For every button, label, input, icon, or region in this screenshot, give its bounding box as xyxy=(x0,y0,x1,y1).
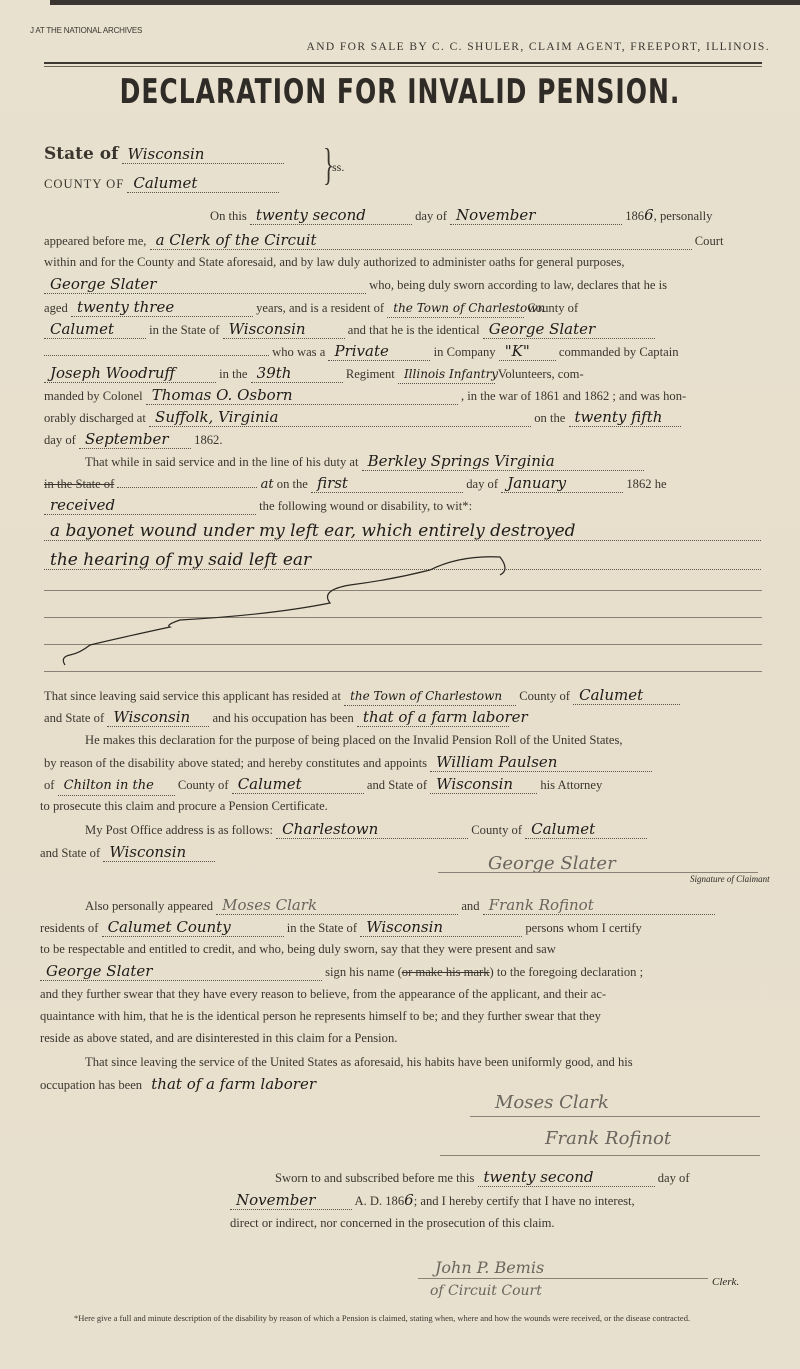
appoints-line: by reason of the disability above stated… xyxy=(44,753,652,772)
county-label: COUNTY OF xyxy=(44,177,124,191)
habits-occupation-line: occupation has been that of a farm labor… xyxy=(40,1075,317,1094)
ss-label: ss. xyxy=(332,160,344,175)
post-office-state-line: and State of Wisconsin xyxy=(40,843,215,862)
post-office-state: Wisconsin xyxy=(103,843,215,862)
top-border xyxy=(50,0,800,5)
state-label: and State of xyxy=(40,846,100,860)
saw-sign-line: George Slater sign his name (or make his… xyxy=(40,962,643,981)
sign-text: sign his name ( xyxy=(325,965,402,979)
residence-since-line: That since leaving said service this app… xyxy=(44,686,680,706)
witness-1-name: Moses Clark xyxy=(216,896,458,915)
clerk-label: Clerk. xyxy=(712,1276,739,1288)
war-text: , in the war of 1861 and 1862 ; and was … xyxy=(461,389,686,403)
county-of-label: County of xyxy=(178,778,229,792)
identical-label: and that he is the identical xyxy=(348,323,480,337)
county-of-label: County of xyxy=(519,689,570,703)
discharge-place: Suffolk, Virginia xyxy=(149,408,531,427)
sworn-text: who, being duly sworn according to law, … xyxy=(369,278,667,292)
declaration-month: November xyxy=(450,206,622,225)
disability-description-1: a bayonet wound under my left ear, which… xyxy=(44,522,761,541)
in-the-label: in the xyxy=(219,367,247,381)
attorney-town: Chilton in the xyxy=(58,777,175,796)
prosecute-line: to prosecute this claim and procure a Pe… xyxy=(40,797,328,815)
claimant-signature: George Slater xyxy=(488,853,616,874)
jurat-month: November xyxy=(230,1191,352,1210)
injury-intro: That while in said service and in the li… xyxy=(85,455,359,469)
occupation-label: occupation has been xyxy=(40,1078,142,1092)
identical-name: George Slater xyxy=(483,320,655,339)
occupation-value: that of a farm laborer xyxy=(357,708,509,727)
state-of-label: in the State of xyxy=(149,323,219,337)
clerk-subtitle: of Circuit Court xyxy=(430,1283,542,1299)
appeared-label: Also personally appeared xyxy=(85,899,213,913)
discharged-label: orably discharged at xyxy=(44,411,146,425)
county-of-label: County of xyxy=(527,301,578,315)
county-line: COUNTY OF Calumet xyxy=(44,174,279,193)
injury-year: 1862 xyxy=(626,477,651,491)
year-prefix: 186 xyxy=(625,209,644,223)
habits-line: That since leaving the service of the Un… xyxy=(85,1053,633,1071)
on-the-label: on the xyxy=(534,411,565,425)
fill-stroke-icon xyxy=(30,545,790,685)
resident-label: years, and is a resident of xyxy=(256,301,384,315)
claimant-name: George Slater xyxy=(44,275,366,294)
captain-value: Joseph Woodruff xyxy=(44,364,216,383)
residence-value: the Town of Charlestown xyxy=(387,299,524,318)
discharge-month-line: day of September 1862. xyxy=(44,430,222,449)
post-office-value: Charlestown xyxy=(276,820,468,839)
appoints-text: by reason of the disability above stated… xyxy=(44,756,427,770)
witness-2-signature-line xyxy=(440,1155,760,1156)
jurat-year-digit: 6 xyxy=(404,1191,414,1209)
court-label: Court xyxy=(695,234,724,248)
authority-line: within and for the County and State afor… xyxy=(44,253,625,271)
occupation-line: and State of Wisconsin and his occupatio… xyxy=(44,708,509,727)
appeared-label: appeared before me, xyxy=(44,234,146,248)
regiment-label: Regiment xyxy=(346,367,395,381)
jurat-line-2: November A. D. 1866; and I hereby certif… xyxy=(230,1191,635,1210)
disability-line-1: a bayonet wound under my left ear, which… xyxy=(44,522,761,541)
pension-declaration-page: J AT THE NATIONAL ARCHIVES AND FOR SALE … xyxy=(0,0,800,1369)
mark-struck-text: or make his mark xyxy=(402,965,490,979)
county-value: Calumet xyxy=(127,174,279,193)
rank-line: who was a Private in Company "K" command… xyxy=(44,342,679,361)
company-value: "K" xyxy=(499,342,556,361)
post-office-label: My Post Office address is as follows: xyxy=(85,823,273,837)
appeared-line: appeared before me, a Clerk of the Circu… xyxy=(44,231,723,250)
injury-place: Berkley Springs Virginia xyxy=(362,452,644,471)
colonel-value: Thomas O. Osborn xyxy=(146,386,458,405)
saw-name: George Slater xyxy=(40,962,322,981)
and-label: and xyxy=(461,899,479,913)
colonel-label: manded by Colonel xyxy=(44,389,143,403)
who-was-label: who was a xyxy=(272,345,325,359)
sworn-text: Sworn to and subscribed before me this xyxy=(275,1171,474,1185)
certify-text: persons whom I certify xyxy=(525,921,641,935)
state-label: and State of xyxy=(44,711,104,725)
discharge-line: orably discharged at Suffolk, Virginia o… xyxy=(44,408,681,427)
volunteers-label: Volunteers, com- xyxy=(498,367,584,381)
official-value: a Clerk of the Circuit xyxy=(150,231,692,250)
his-attorney-label: his Attorney xyxy=(540,778,602,792)
on-this-label: On this xyxy=(210,209,247,223)
state-label: State of xyxy=(44,144,118,164)
header-rule xyxy=(44,62,762,67)
witness-2-name: Frank Rofinot xyxy=(483,896,715,915)
on-the-label: on the xyxy=(277,477,308,491)
day-of-label: day of xyxy=(658,1171,690,1185)
habits-occupation-value: that of a farm laborer xyxy=(145,1075,317,1093)
colonel-line: manded by Colonel Thomas O. Osborn , in … xyxy=(44,386,686,405)
injury-date-line: in the State of at on the first day of J… xyxy=(44,474,667,494)
jurat-line-3: direct or indirect, nor concerned in the… xyxy=(230,1214,555,1232)
age-line: aged twenty three years, and is a reside… xyxy=(44,298,578,318)
day-of-label: day of xyxy=(466,477,498,491)
aged-label: aged xyxy=(44,301,68,315)
respectable-line: to be respectable and entitled to credit… xyxy=(40,940,556,958)
year-digit: 6 xyxy=(644,206,654,224)
state-of-label: and State of xyxy=(367,778,427,792)
discharge-year: 1862. xyxy=(194,433,222,447)
received-line: received the following wound or disabili… xyxy=(44,496,472,515)
declaration-purpose-line: He makes this declaration for the purpos… xyxy=(85,731,623,749)
state-struck-label: in the State of xyxy=(44,477,114,491)
state-value: Wisconsin xyxy=(122,145,284,164)
he-label: he xyxy=(655,477,667,491)
following-text: the following wound or disability, to wi… xyxy=(259,499,472,513)
clerk-signature: John P. Bemis xyxy=(435,1258,544,1277)
further-line-1: and they further swear that they have ev… xyxy=(40,985,606,1003)
claimant-line: George Slater who, being duly sworn acco… xyxy=(44,275,667,294)
ad-label: A. D. 186 xyxy=(354,1194,404,1208)
witness-1-signature: Moses Clark xyxy=(495,1092,609,1113)
attorney-name: William Paulsen xyxy=(430,753,652,772)
clerk-signature-line xyxy=(418,1278,708,1279)
discharge-month: September xyxy=(79,430,191,449)
claimant-signature-line xyxy=(438,872,758,873)
witnesses-line: Also personally appeared Moses Clark and… xyxy=(85,896,715,915)
rank-value: Private xyxy=(328,342,430,361)
witness-1-signature-line xyxy=(470,1116,760,1117)
witnesses-county: Calumet County xyxy=(102,918,284,937)
post-office-county: Calumet xyxy=(525,820,647,839)
residence-state: Wisconsin xyxy=(107,708,209,727)
signature-of-claimant-label: Signature of Claimant xyxy=(690,874,770,884)
witness-2-signature: Frank Rofinot xyxy=(545,1128,671,1149)
certify-text: ; and I hereby certify that I have no in… xyxy=(414,1194,635,1208)
of-label: of xyxy=(44,778,55,792)
day-of-label: day of xyxy=(44,433,76,447)
further-line-2: quaintance with him, that he is the iden… xyxy=(40,1007,601,1025)
further-line-3: reside as above stated, and are disinter… xyxy=(40,1029,397,1047)
opening-line: On this twenty second day of November 18… xyxy=(210,206,712,225)
captain-label: commanded by Captain xyxy=(559,345,679,359)
claimant-county: Calumet xyxy=(44,320,146,339)
residents-of-label: residents of xyxy=(40,921,98,935)
received-value: received xyxy=(44,496,256,515)
sign-text-2: ) to the foregoing declaration ; xyxy=(490,965,644,979)
residence-county: Calumet xyxy=(573,686,680,705)
residence-since-value: the Town of Charlestown xyxy=(344,687,516,706)
attorney-county: Calumet xyxy=(232,775,364,794)
discharge-day: twenty fifth xyxy=(569,408,681,427)
state-of-label: in the State of xyxy=(287,921,357,935)
claimant-state: Wisconsin xyxy=(223,320,345,339)
at-value: at xyxy=(261,476,274,494)
company-label: in Company xyxy=(434,345,496,359)
attorney-location-line: of Chilton in the County of Calumet and … xyxy=(44,775,602,796)
regiment-value: Illinois Infantry xyxy=(398,365,495,384)
document-title: DECLARATION FOR INVALID PENSION. xyxy=(0,72,800,111)
day-of-label: day of xyxy=(415,209,447,223)
state-line: State of Wisconsin xyxy=(44,145,284,164)
attorney-state: Wisconsin xyxy=(430,775,537,794)
regiment-number: 39th xyxy=(251,364,343,383)
injury-day: first xyxy=(311,474,463,493)
residence-since-text: That since leaving said service this app… xyxy=(44,689,341,703)
state-identity-line: Calumet in the State of Wisconsin and th… xyxy=(44,320,655,339)
archive-watermark: J AT THE NATIONAL ARCHIVES xyxy=(30,26,142,35)
witnesses-residence-line: residents of Calumet County in the State… xyxy=(40,918,642,937)
publisher-line: AND FOR SALE BY C. C. SHULER, CLAIM AGEN… xyxy=(40,41,770,53)
jurat-line-1: Sworn to and subscribed before me this t… xyxy=(275,1168,690,1187)
declaration-day: twenty second xyxy=(250,206,412,225)
occupation-label: and his occupation has been xyxy=(212,711,353,725)
witnesses-state: Wisconsin xyxy=(360,918,522,937)
jurat-day: twenty second xyxy=(478,1168,655,1187)
personally-label: , personally xyxy=(654,209,713,223)
post-office-line: My Post Office address is as follows: Ch… xyxy=(85,820,647,839)
footnote: *Here give a full and minute description… xyxy=(40,1312,770,1325)
age-value: twenty three xyxy=(71,298,253,317)
injury-month: January xyxy=(501,474,623,493)
injury-intro-line: That while in said service and in the li… xyxy=(85,452,644,471)
county-of-label: County of xyxy=(471,823,522,837)
captain-line: Joseph Woodruff in the 39th Regiment Ill… xyxy=(44,364,584,384)
